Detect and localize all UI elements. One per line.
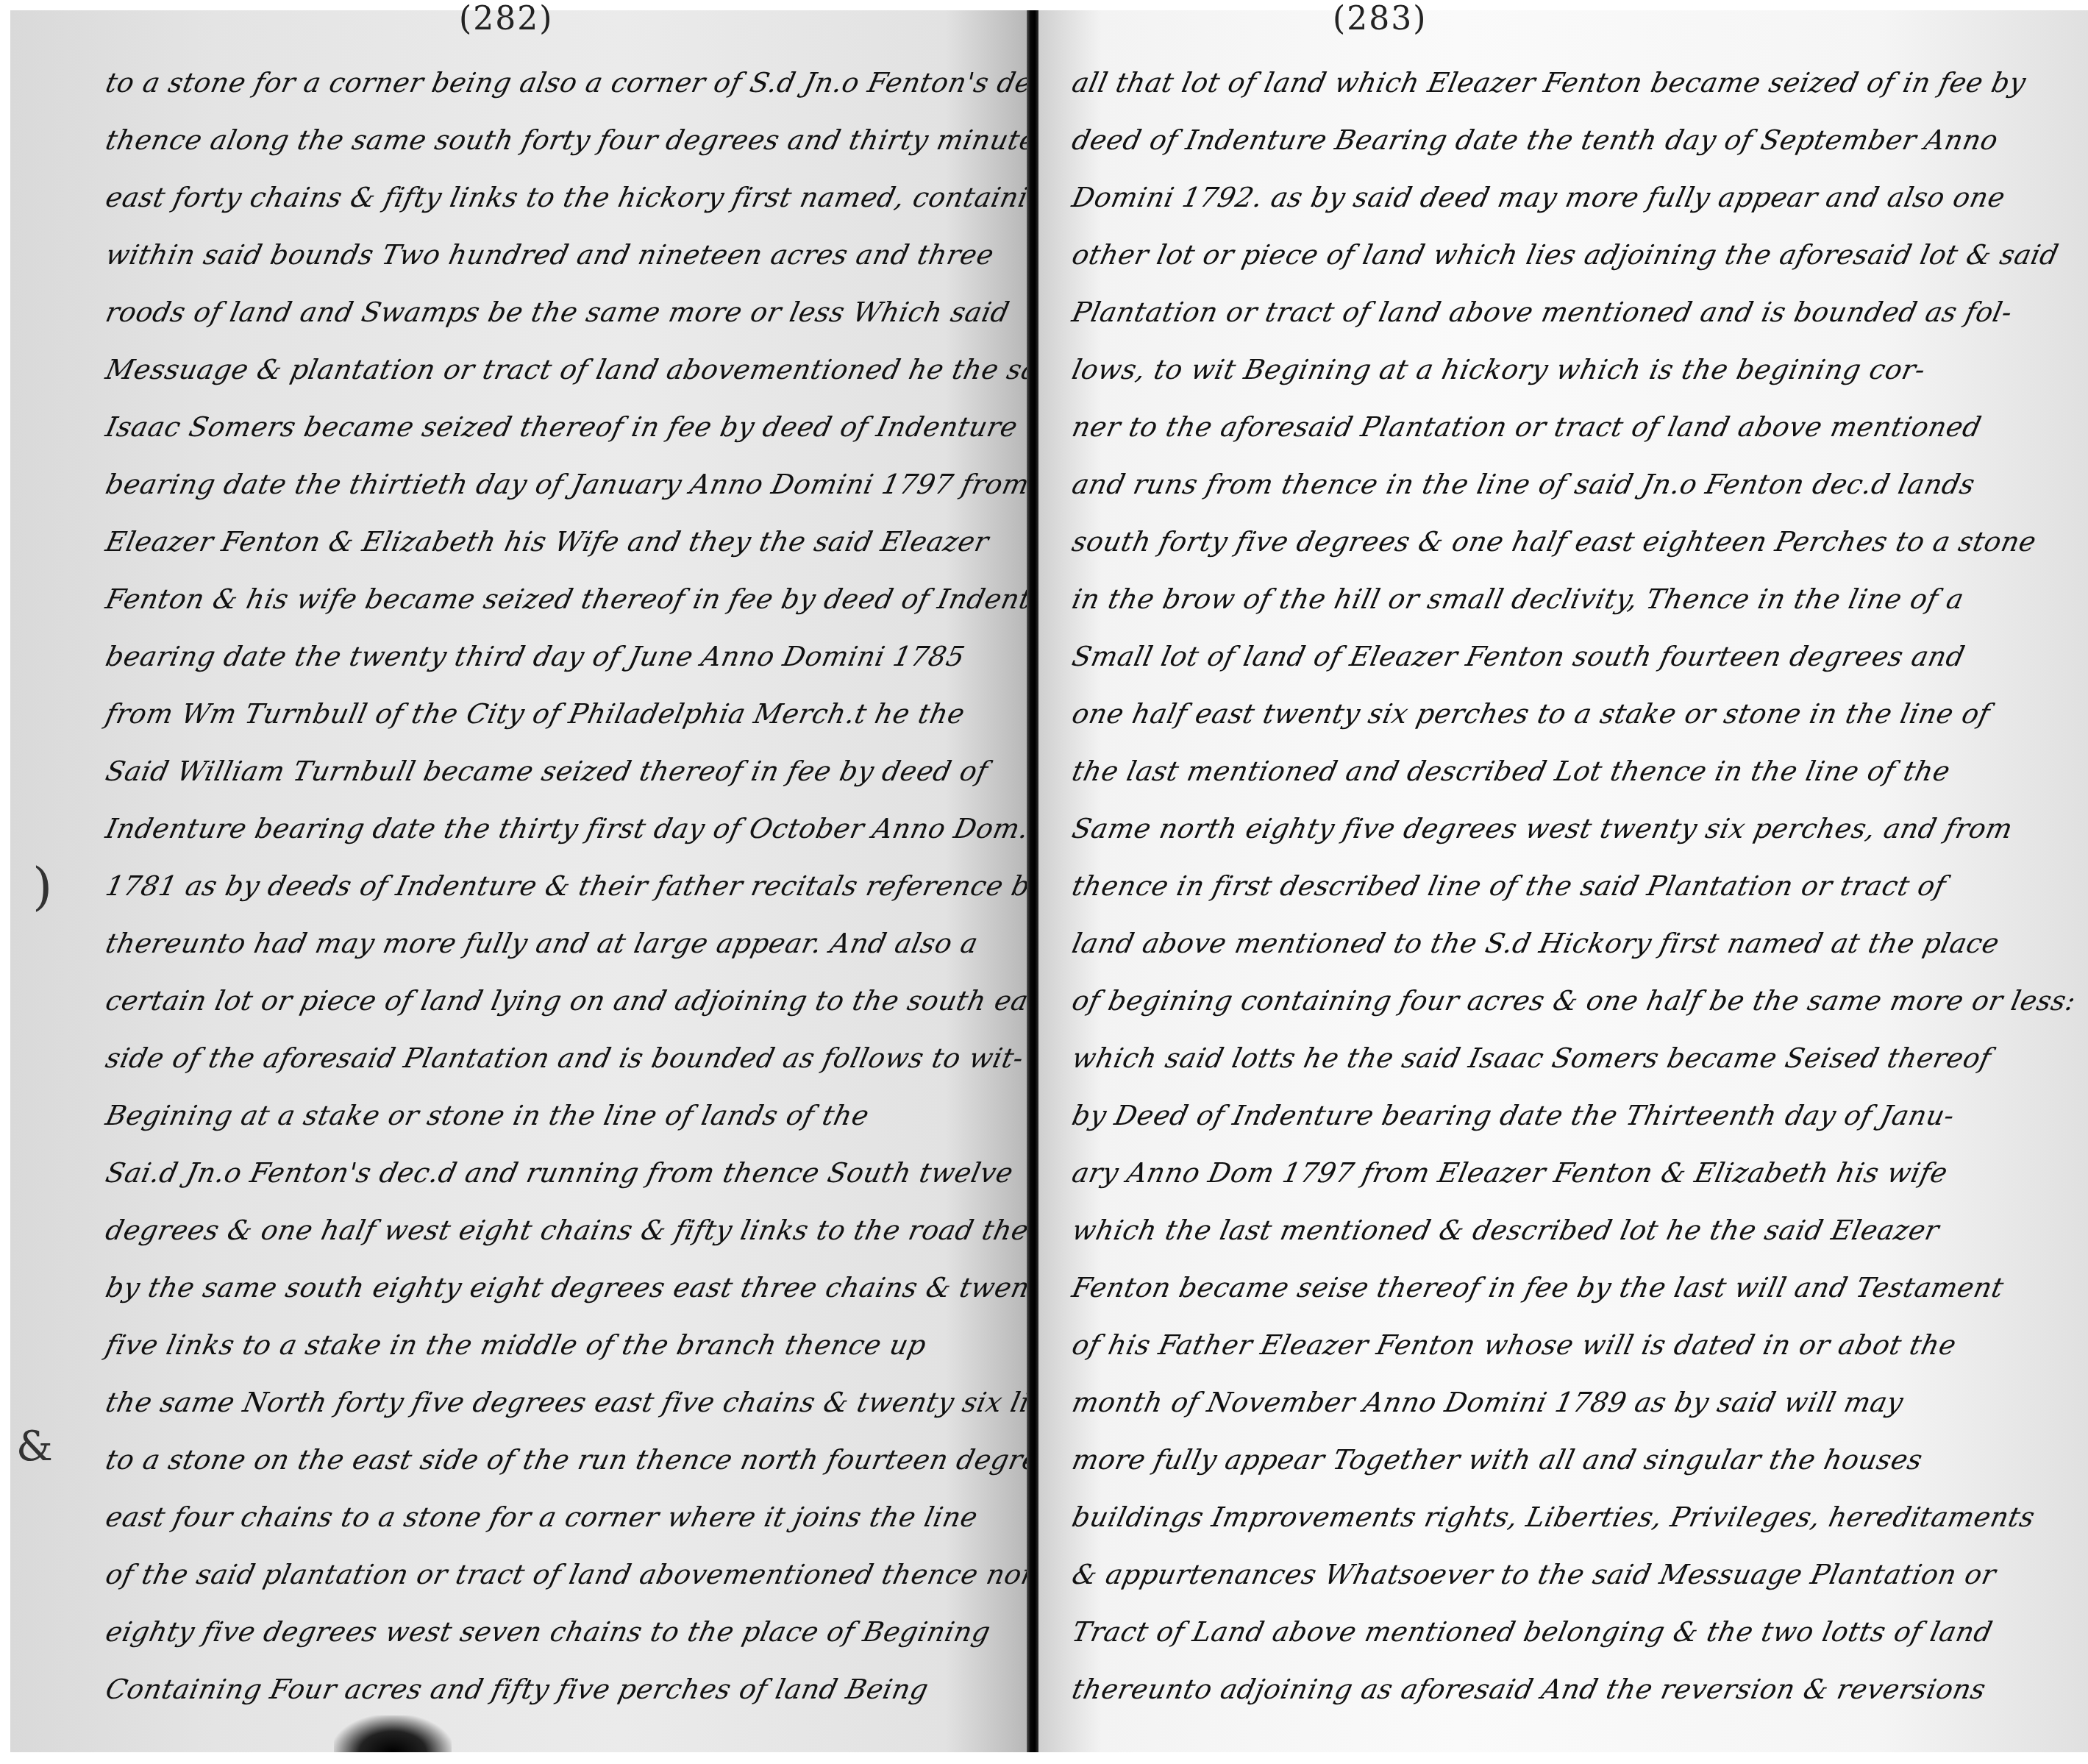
right-page-text: all that lot of land which Eleazer Fento… [1038,54,2088,1718]
text-line: Same north eighty five degrees west twen… [1038,800,2088,858]
text-line: of begining containing four acres & one … [1038,972,2088,1030]
right-page: (283) all that lot of land which Eleazer… [1038,10,2088,1752]
text-line: one half east twenty six perches to a st… [1038,686,2088,743]
text-line: Said William Turnbull became seized ther… [10,743,1039,800]
left-page-text: to a stone for a corner being also a cor… [10,54,1027,1718]
text-line: to a stone for a corner being also a cor… [10,54,1039,112]
text-line: the last mentioned and described Lot the… [1038,743,2088,800]
text-line: of the said plantation or tract of land … [10,1546,1039,1604]
text-line: Containing Four acres and fifty five per… [10,1661,1039,1718]
text-line: Small lot of land of Eleazer Fenton sout… [1038,628,2088,686]
text-line: Isaac Somers became seized thereof in fe… [10,399,1039,456]
text-line: all that lot of land which Eleazer Fento… [1038,54,2088,112]
text-line: which said lotts he the said Isaac Somer… [1038,1030,2088,1087]
text-line: east forty chains & fifty links to the h… [10,169,1039,227]
text-line: land above mentioned to the S.d Hickory … [1038,915,2088,972]
text-line: to a stone on the east side of the run t… [10,1432,1039,1489]
text-line: Indenture bearing date the thirty first … [10,800,1039,858]
page-number-left: (282) [459,0,553,38]
text-line: lows, to wit Begining at a hickory which… [1038,341,2088,399]
text-line: the same North forty five degrees east f… [10,1374,1039,1432]
book-gutter [1027,10,1038,1752]
text-line: roods of land and Swamps be the same mor… [10,284,1039,341]
text-line: ary Anno Dom 1797 from Eleazer Fenton & … [1038,1145,2088,1202]
text-line: Fenton became seise thereof in fee by th… [1038,1259,2088,1317]
text-line: Tract of Land above mentioned belonging … [1038,1604,2088,1661]
text-line: more fully appear Together with all and … [1038,1432,2088,1489]
text-line: by Deed of Indenture bearing date the Th… [1038,1087,2088,1145]
text-line: Messuage & plantation or tract of land a… [10,341,1039,399]
text-line: buildings Improvements rights, Liberties… [1038,1489,2088,1546]
text-line: Domini 1792. as by said deed may more fu… [1038,169,2088,227]
text-line: five links to a stake in the middle of t… [10,1317,1039,1374]
text-line: and runs from thence in the line of said… [1038,456,2088,513]
text-line: side of the aforesaid Plantation and is … [10,1030,1039,1087]
text-line: eighty five degrees west seven chains to… [10,1604,1039,1661]
text-line: thereunto adjoining as aforesaid And the… [1038,1661,2088,1718]
text-line: deed of Indenture Bearing date the tenth… [1038,112,2088,169]
text-line: east four chains to a stone for a corner… [10,1489,1039,1546]
text-line: Begining at a stake or stone in the line… [10,1087,1039,1145]
text-line: degrees & one half west eight chains & f… [10,1202,1039,1259]
left-page: (282) ) & to a stone for a corner being … [10,10,1027,1752]
text-line: ner to the aforesaid Plantation or tract… [1038,399,2088,456]
text-line: Eleazer Fenton & Elizabeth his Wife and … [10,513,1039,571]
page-edge-shadow [334,1715,452,1752]
text-line: bearing date the thirtieth day of Januar… [10,456,1039,513]
text-line: from Wm Turnbull of the City of Philadel… [10,686,1039,743]
text-line: & appurtenances Whatsoever to the said M… [1038,1546,2088,1604]
text-line: south forty five degrees & one half east… [1038,513,2088,571]
text-line: thereunto had may more fully and at larg… [10,915,1039,972]
text-line: within said bounds Two hundred and ninet… [10,227,1039,284]
text-line: Fenton & his wife became seized thereof … [10,571,1039,628]
text-line: bearing date the twenty third day of Jun… [10,628,1039,686]
scanned-ledger-spread: (282) ) & to a stone for a corner being … [10,10,2088,1752]
text-line: Sai.d Jn.o Fenton's dec.d and running fr… [10,1145,1039,1202]
text-line: 1781 as by deeds of Indenture & their fa… [10,858,1039,915]
text-line: certain lot or piece of land lying on an… [10,972,1039,1030]
text-line: other lot or piece of land which lies ad… [1038,227,2088,284]
text-line: thence in first described line of the sa… [1038,858,2088,915]
text-line: of his Father Eleazer Fenton whose will … [1038,1317,2088,1374]
text-line: month of November Anno Domini 1789 as by… [1038,1374,2088,1432]
text-line: by the same south eighty eight degrees e… [10,1259,1039,1317]
page-number-right: (283) [1333,0,1427,38]
text-line: thence along the same south forty four d… [10,112,1039,169]
text-line: in the brow of the hill or small declivi… [1038,571,2088,628]
text-line: Plantation or tract of land above mentio… [1038,284,2088,341]
text-line: which the last mentioned & described lot… [1038,1202,2088,1259]
